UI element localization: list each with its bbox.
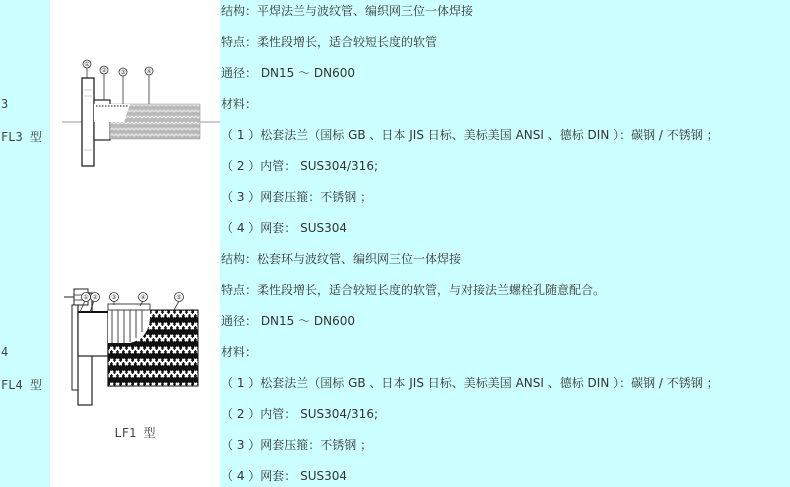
table-row-fl3: 3 FL3 型 [0,0,790,248]
material-item-2: （ 2 ）内管： SUS304/316; [221,406,378,422]
material-label: 材料： [221,344,257,360]
feature-text: 特点：柔性段增长，适合较短长度的软管 [221,34,437,50]
svg-text:④: ④ [146,68,151,75]
feature-text: 特点：柔性段增长，适合较短长度的软管，与对接法兰螺栓孔随意配合。 [221,282,605,298]
diameter-text: 通径： DN15 ～ DN600 [221,313,355,329]
row-type: FL3 型 [1,128,42,145]
index-cell: 3 FL3 型 [0,0,50,248]
svg-text:②: ② [101,67,107,74]
index-cell: 4 FL4 型 [0,248,50,487]
material-item-3: （ 3 ）网套压箍：不锈钢 ； [221,437,372,453]
diagram-caption: LF1 型 [50,424,220,441]
material-item-4: （ 4 ）网套： SUS304 [221,220,347,236]
material-label: 材料： [221,96,257,112]
description-cell: 结构：平焊法兰与波纹管、编织网三位一体焊接 特点：柔性段增长，适合较短长度的软管… [220,0,790,248]
product-table: 3 FL3 型 [0,0,790,487]
diameter-text: 通径： DN15 ～ DN600 [221,65,355,81]
material-item-2: （ 2 ）内管： SUS304/316; [221,158,378,174]
row-type: FL4 型 [1,376,42,393]
fl3-hose-diagram: ① ② ③ ④ [50,0,220,248]
svg-text:①: ① [83,294,88,301]
svg-text:②: ② [92,294,98,301]
table-row-fl4: 4 FL4 型 [0,248,790,487]
svg-text:③: ③ [120,69,125,76]
svg-text:①: ① [84,61,89,68]
svg-text:⑤: ⑤ [176,294,181,301]
svg-text:④: ④ [140,294,145,301]
material-item-3: （ 3 ）网套压箍：不锈钢 ； [221,189,372,205]
row-index: 3 [1,97,8,111]
description-cell: 结构：松套环与波纹管、编织网三位一体焊接 特点：柔性段增长，适合较短长度的软管，… [220,248,790,487]
structure-text: 结构：松套环与波纹管、编织网三位一体焊接 [221,251,461,267]
structure-text: 结构：平焊法兰与波纹管、编织网三位一体焊接 [221,3,473,19]
image-cell: ① ② ③ ④ ⑤ LF1 型 [50,248,220,487]
fl4-hose-diagram: ① ② ③ ④ ⑤ [50,248,220,428]
material-item-1: （ 1 ）松套法兰（国标 GB 、日本 JIS 日标、美标美国 ANSI 、德标… [221,375,719,391]
material-item-1: （ 1 ）松套法兰（国标 GB 、日本 JIS 日标、美标美国 ANSI 、德标… [221,127,719,143]
image-cell: ① ② ③ ④ [50,0,220,248]
material-item-4: （ 4 ）网套： SUS304 [221,468,347,484]
svg-text:③: ③ [111,294,116,301]
row-index: 4 [1,345,8,359]
